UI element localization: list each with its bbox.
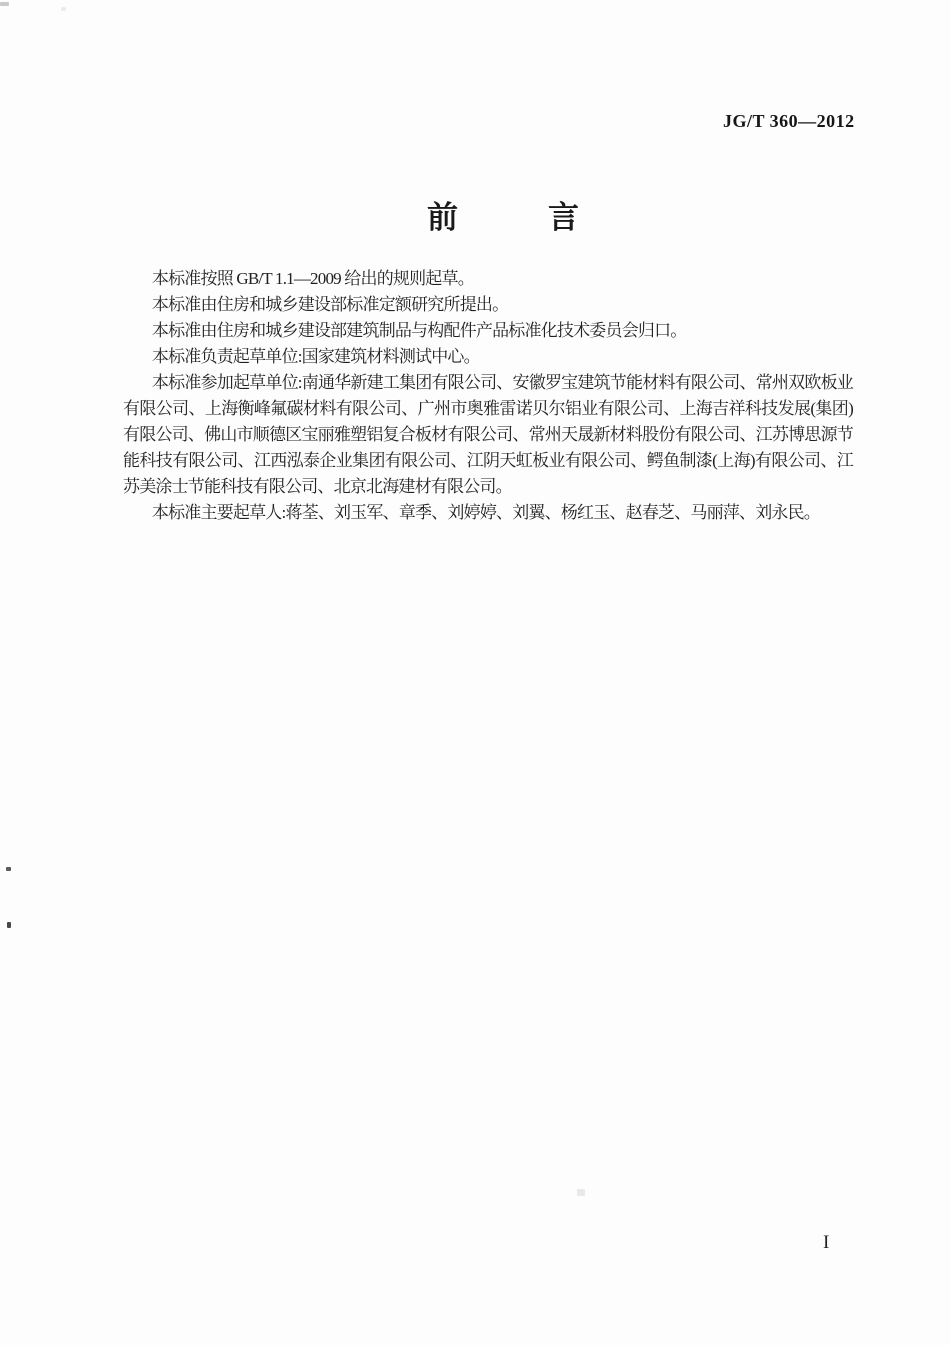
- scan-speck: [7, 922, 11, 928]
- foreword-title-char-2: 言: [548, 192, 579, 237]
- foreword-body: 本标准按照 GB/T 1.1—2009 给出的规则起草。 本标准由住房和城乡建设…: [123, 266, 853, 526]
- standard-code-header: JG/T 360—2012: [723, 111, 853, 132]
- scan-speck: [61, 7, 66, 11]
- foreword-paragraph: 本标准按照 GB/T 1.1—2009 给出的规则起草。: [123, 266, 853, 292]
- scan-speck: [577, 1189, 585, 1196]
- foreword-paragraph: 本标准负责起草单位:国家建筑材料测试中心。: [123, 344, 853, 370]
- foreword-title-char-1: 前: [427, 192, 458, 237]
- foreword-paragraph: 本标准由住房和城乡建设部建筑制品与构配件产品标准化技术委员会归口。: [123, 318, 853, 344]
- foreword-title: 前 言: [123, 192, 853, 237]
- scan-speck: [6, 867, 11, 871]
- page-number: I: [823, 1232, 829, 1254]
- foreword-paragraph: 本标准主要起草人:蒋荃、刘玉军、章季、刘婷婷、刘翼、杨红玉、赵春芝、马丽萍、刘永…: [123, 500, 853, 526]
- foreword-paragraph: 本标准参加起草单位:南通华新建工集团有限公司、安徽罗宝建筑节能材料有限公司、常州…: [123, 370, 853, 500]
- scan-speck: [0, 2, 9, 6]
- foreword-paragraph: 本标准由住房和城乡建设部标准定额研究所提出。: [123, 292, 853, 318]
- scanned-document-page: JG/T 360—2012 前 言 本标准按照 GB/T 1.1—2009 给出…: [0, 0, 950, 1345]
